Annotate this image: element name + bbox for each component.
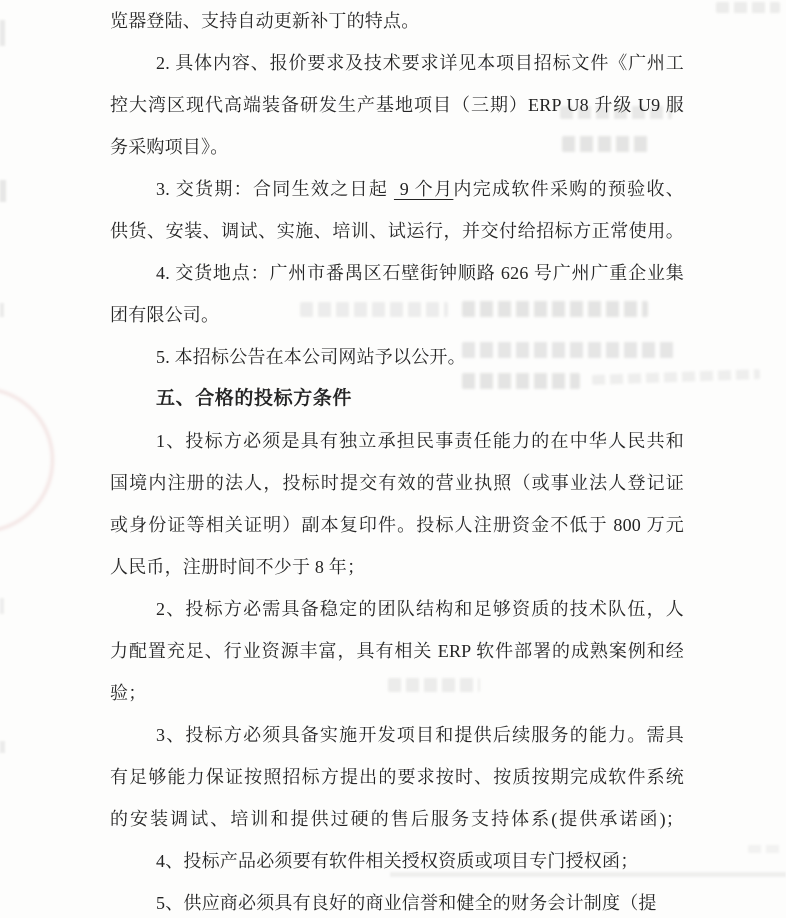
paragraph-browser-feature-tail: 览器登陆、支持自动更新补丁的特点。 [110, 0, 684, 42]
bleed-through-text-artifact [748, 845, 782, 853]
delivery-period-suffix: 内完成软件采购的预验收、 [453, 179, 684, 199]
condition-2-line-2: 力配置充足、行业资源丰富，具有相关 ERP 软件部署的成熟案例和经 [110, 630, 684, 672]
condition-2-line-1: 2、投标方必需具备稳定的团队结构和足够资质的技术队伍，人 [110, 588, 684, 630]
item-4-delivery-location-line-2: 团有限公司。 [110, 294, 684, 336]
item-3-delivery-period-line-1: 3. 交货期：合同生效之日起 9 个月内完成软件采购的预验收、 [110, 168, 684, 210]
scanned-document-page: 览器登陆、支持自动更新补丁的特点。 2. 具体内容、报价要求及技术要求详见本项目… [0, 0, 786, 918]
scan-edge-smudge [0, 20, 5, 46]
item-2-content-requirements-line-2: 控大湾区现代高端装备研发生产基地项目（三期）ERP U8 升级 U9 服 [110, 84, 684, 126]
scan-edge-smudge [0, 598, 4, 614]
item-4-delivery-location-line-1: 4. 交货地点：广州市番禺区石壁街钟顺路 626 号广州广重企业集 [110, 252, 684, 294]
delivery-period-prefix: 3. 交货期：合同生效之日起 [156, 179, 394, 199]
condition-3-line-3: 的安装调试、培训和提供过硬的售后服务支持体系(提供承诺函)； [110, 798, 684, 840]
condition-1-line-4: 人民币，注册时间不少于 8 年； [110, 546, 684, 588]
item-2-content-requirements-line-1: 2. 具体内容、报价要求及技术要求详见本项目招标文件《广州工 [110, 42, 684, 84]
bleed-through-text-artifact [716, 2, 780, 13]
condition-1-line-3: 或身份证等相关证明）副本复印件。投标人注册资金不低于 800 万元 [110, 504, 684, 546]
condition-2-line-3: 验； [110, 672, 684, 714]
scan-edge-smudge [0, 180, 6, 202]
partial-seal-stamp-arc [0, 387, 54, 533]
item-5-public-announcement: 5. 本招标公告在本公司网站予以公开。 [110, 336, 684, 378]
scan-edge-smudge [0, 741, 5, 753]
condition-3-line-1: 3、投标方必须具备实施开发项目和提供后续服务的能力。需具 [110, 714, 684, 756]
delivery-period-underlined-value: 9 个月 [394, 179, 453, 199]
section-heading-qualified-bidder-conditions: 五、合格的投标方条件 [110, 378, 684, 420]
item-2-content-requirements-line-3: 务采购项目》。 [110, 126, 684, 168]
item-3-delivery-period-line-2: 供货、安装、调试、实施、培训、试运行，并交付给招标方正常使用。 [110, 210, 684, 252]
condition-1-line-1: 1、投标方必须是具有独立承担民事责任能力的在中华人民共和 [110, 420, 684, 462]
condition-4-line-1: 4、投标产品必须要有软件相关授权资质或项目专门授权函； [110, 840, 684, 882]
condition-1-line-2: 国境内注册的法人，投标时提交有效的营业执照（或事业法人登记证 [110, 462, 684, 504]
condition-5-line-1: 5、供应商必须具有良好的商业信誉和健全的财务会计制度（提 [110, 882, 684, 918]
document-body: 览器登陆、支持自动更新补丁的特点。 2. 具体内容、报价要求及技术要求详见本项目… [110, 0, 684, 918]
scan-edge-smudge [0, 303, 4, 317]
condition-3-line-2: 有足够能力保证按照招标方提出的要求按时、按质按期完成软件系统 [110, 756, 684, 798]
